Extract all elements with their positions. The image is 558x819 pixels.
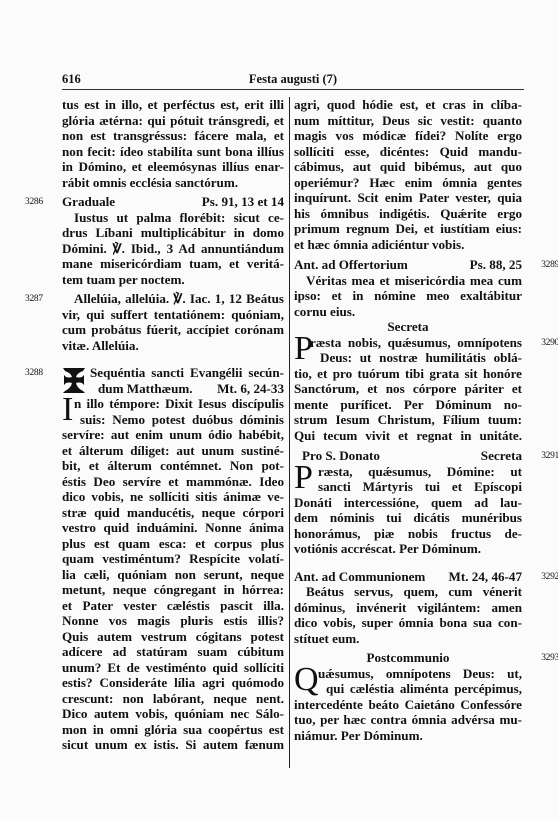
text-line: his ómnibus indigétis. Quǽrite ergo (294, 206, 522, 222)
text-line: niámur. Per Dóminum. (294, 728, 522, 744)
text-line: cornu eius. (294, 304, 522, 320)
text-line: unum? Et de vestiménto quid sollíciti (62, 660, 284, 676)
gospel-heading-line: Sequéntia sancti Evangélii secún- (62, 365, 284, 381)
text-line: drus Líbani multiplicábitur in domo (62, 225, 284, 241)
scripture-ref: Ps. 88, 25 (470, 257, 522, 273)
drop-cap: P (294, 334, 313, 364)
text-line: stræ quid manducétis, neque córpori (62, 505, 284, 521)
text-line: Dico autem vobis, quóniam nec Sálo- (62, 706, 284, 722)
gospel-continuation: agri, quod hódie est, et cras in clíba- … (294, 97, 522, 252)
secreta-section: Secreta 3290 P ræsta nobis, quǽsumus, om… (294, 319, 522, 443)
section-title: Ant. ad Offertorium (294, 257, 408, 273)
offertory-section: 3289 Ant. ad Offertorium Ps. 88, 25 Véri… (294, 257, 522, 319)
gospel-text: I n illo témpore: Dixit Iesus discípulis… (62, 396, 284, 753)
text-line: cábimus, aut quid bibémus, aut quo (294, 159, 522, 175)
text-line: uǽsumus, omnípotens Deus: ut, (294, 666, 522, 682)
text-line: primum regnum Dei, et iustítiam eius: (294, 221, 522, 237)
section-heading: Ant. ad Communionem Mt. 24, 46-47 (294, 569, 522, 585)
text-line: bit, et álterum contémnet. Non pot- (62, 458, 284, 474)
text-line: dóminus, invénerit vigilántem: amen (294, 600, 522, 616)
graduale-section: 3286 Graduale Ps. 91, 13 et 14 Iustus ut… (62, 194, 284, 287)
text-line: vitæ. Allelúia. (62, 338, 284, 354)
text-line: et álterum díliget: aut unum sustiné- (62, 443, 284, 459)
text-line: Allelúia, allelúia. ℣. Iac. 1, 12 Beátus (62, 291, 284, 307)
postcommunio-section: 3293 Postcommunio Q uǽsumus, omnípotens … (294, 650, 522, 743)
text-line: num míttitur, Deus sic vestit: quanto (294, 113, 522, 129)
text-line: éstis Deo servíre et mammónæ. Ideo (62, 474, 284, 490)
running-head: 616 Festa augusti (7) (62, 72, 524, 88)
margin-number: 3292 (541, 570, 558, 586)
text-line: crescunt: non labórant, neque nent. (62, 691, 284, 707)
text-line: dico vobis, super ómnia bona sua con- (294, 615, 522, 631)
text-line: votiónis accréscat. Per Dóminum. (294, 541, 522, 557)
text-line: mane misericórdiam tuam, et veritá- (62, 256, 284, 272)
scripture-ref: Mt. 24, 46-47 (449, 569, 522, 585)
gospel-section: 3288 Sequéntia sancti Evangélii secún- d… (62, 365, 284, 753)
text-line: dico vobis, ne sollíciti sitis ánimæ ve- (62, 489, 284, 505)
left-column: tus est in illo, et perféctus est, erit … (62, 97, 284, 753)
margin-number: 3289 (541, 258, 558, 274)
running-title: Festa augusti (7) (62, 72, 524, 87)
text-line: Beátus servus, quem, cum vénerit (294, 584, 522, 600)
text-line: adícere ad statúram suam cúbitum (62, 644, 284, 660)
text-line: quam vestiméntum? Respícite volatí- (62, 551, 284, 567)
text-line: tus est in illo, et perféctus est, erit … (62, 97, 284, 113)
text-line: magis vos módicæ fídei? Nolíte ergo (294, 128, 522, 144)
text-line: lia cæli, quóniam non serunt, neque (62, 567, 284, 583)
scripture-ref: Ps. 91, 13 et 14 (202, 194, 284, 210)
text-line: Donáti intercessióne, quem ad lau- (294, 495, 522, 511)
section-title: Secreta (294, 319, 522, 335)
text-line: plus est quam esca: et corpus plus (62, 536, 284, 552)
text-line: et hæc ómnia adiciéntur vobis. (294, 237, 522, 253)
section-heading: Ant. ad Offertorium Ps. 88, 25 (294, 257, 522, 273)
text-line: non est transgréssus: fácere mala, et (62, 128, 284, 144)
margin-number: 3291 (541, 449, 558, 465)
text-line: cum probátus fúerit, accípiet corónam (62, 322, 284, 338)
text-line: metunt, neque cóngregant in hórrea: (62, 582, 284, 598)
text-line: qui cæléstia aliménta percépimus, (294, 681, 522, 697)
text-line: intercedénte beáto Caietáno Confessóre (294, 697, 522, 713)
text-line: ræsta, quǽsumus, Dómine: ut (294, 464, 522, 480)
margin-number: 3286 (25, 195, 43, 211)
section-heading: Pro S. Donato Secreta (294, 448, 522, 464)
text-line: Dómini. ℣. Ibid., 3 Ad annuntiándum (62, 241, 284, 257)
text-line: estis? Consideráte lília agri quómodo (62, 675, 284, 691)
drop-cap: Q (294, 665, 319, 695)
text-line: vestro quid induámini. Nonne ánima (62, 520, 284, 536)
section-title: Graduale (62, 194, 115, 210)
text-line: rábit omnis ecclésia sanctórum. (62, 175, 284, 191)
alleluia-section: 3287 Allelúia, allelúia. ℣. Iac. 1, 12 B… (62, 291, 284, 353)
text-line: Nonne vos magis pluris estis illis? (62, 613, 284, 629)
scripture-ref: Mt. 6, 24-33 (217, 381, 284, 397)
text-line: Qui tecum vivit et regnat in unitáte. (294, 428, 522, 444)
column-divider (289, 97, 290, 768)
text-line: honorámus, piæ nobis fructus de- (294, 526, 522, 542)
section-heading: Graduale Ps. 91, 13 et 14 (62, 194, 284, 210)
text-line: et Pater vester cæléstis pascit illa. (62, 598, 284, 614)
text-line: stítuet eum. (294, 631, 522, 647)
book-page: 616 Festa augusti (7) tus est in illo, e… (62, 72, 524, 88)
header-rule (62, 89, 524, 90)
text-line: servíre: aut enim unum ódio habébit, (62, 427, 284, 443)
text-line: inquírunt. Scit enim Pater vester, quia (294, 190, 522, 206)
text-line: glória ætérna: qui pótuit tránsgredi, et (62, 113, 284, 129)
section-title: Pro S. Donato (302, 448, 380, 464)
text-line: mente puríficet. Per Dóminum no- (294, 397, 522, 413)
section-title: Postcommunio (294, 650, 522, 666)
margin-number: 3287 (25, 292, 43, 308)
gospel-heading-text: dum Matthæum. (98, 381, 193, 397)
text-line: n illo témpore: Dixit Iesus discípulis (62, 396, 284, 412)
text-line: Quis autem vestrum cógitans potest (62, 629, 284, 645)
text-line: ræsta nobis, quǽsumus, omnípotens (294, 335, 522, 351)
text-line: ipso: et in nómine meo exaltábitur (294, 288, 522, 304)
text-line: sollíciti esse, dicéntes: Quid mandu- (294, 144, 522, 160)
section-title: Ant. ad Communionem (294, 569, 425, 585)
text-line: tio, et pro tuórum tibi grata sit honóre (294, 366, 522, 382)
text-line: vir, qui suffert tentatiónem: quóniam, (62, 307, 284, 323)
text-line: tem tuam per noctem. (62, 272, 284, 288)
text-line: Véritas mea et misericórdia mea cum (294, 273, 522, 289)
communion-section: 3292 Ant. ad Communionem Mt. 24, 46-47 B… (294, 569, 522, 647)
secreta-text: 3290 P ræsta nobis, quǽsumus, omnípotens… (294, 335, 522, 444)
text-line: mon in omni glória sua coopértus est (62, 722, 284, 738)
drop-cap: I (62, 395, 73, 425)
text-line: operiémur? Hæc enim ómnia gentes (294, 175, 522, 191)
right-column: agri, quod hódie est, et cras in clíba- … (294, 97, 522, 743)
text-line: agri, quod hódie est, et cras in clíba- (294, 97, 522, 113)
secreta-donato-text: P ræsta, quǽsumus, Dómine: ut sancti Már… (294, 464, 522, 557)
reading-continuation: tus est in illo, et perféctus est, erit … (62, 97, 284, 190)
text-line: tuo, per hæc contra ómnia advérsa mu- (294, 712, 522, 728)
text-line: sancti Mártyris tui et Epíscopi (294, 479, 522, 495)
gospel-heading-line: dum Matthæum. Mt. 6, 24-33 (62, 381, 284, 397)
text-line: strum Iesum Christum, Fílium tuum: (294, 412, 522, 428)
margin-number: 3288 (25, 366, 43, 382)
margin-number: 3293 (541, 651, 558, 667)
text-line: Sanctórum, et nos córpore páriter et (294, 381, 522, 397)
text-line: dem nóminis tui dicátis munéribus (294, 510, 522, 526)
text-line: Iustus ut palma florébit: sicut ce- (62, 210, 284, 226)
cross-icon (62, 366, 86, 394)
text-line: non fecit: ídeo stabilíta sunt bona illí… (62, 144, 284, 160)
postcommunio-text: Q uǽsumus, omnípotens Deus: ut, qui cælé… (294, 666, 522, 744)
section-subtitle: Secreta (481, 448, 522, 464)
text-line: Deus: ut nostræ humilitátis oblá- (294, 350, 522, 366)
text-line: in Dómino, et eleemósynas illíus enar- (62, 159, 284, 175)
drop-cap: P (294, 463, 313, 493)
secreta-donato-section: 3291 Pro S. Donato Secreta P ræsta, quǽs… (294, 448, 522, 557)
text-line: sicut unum ex istis. Si autem fænum (62, 737, 284, 753)
margin-number: 3290 (541, 336, 558, 352)
text-line: suis: Nemo potest duóbus dóminis (62, 412, 284, 428)
